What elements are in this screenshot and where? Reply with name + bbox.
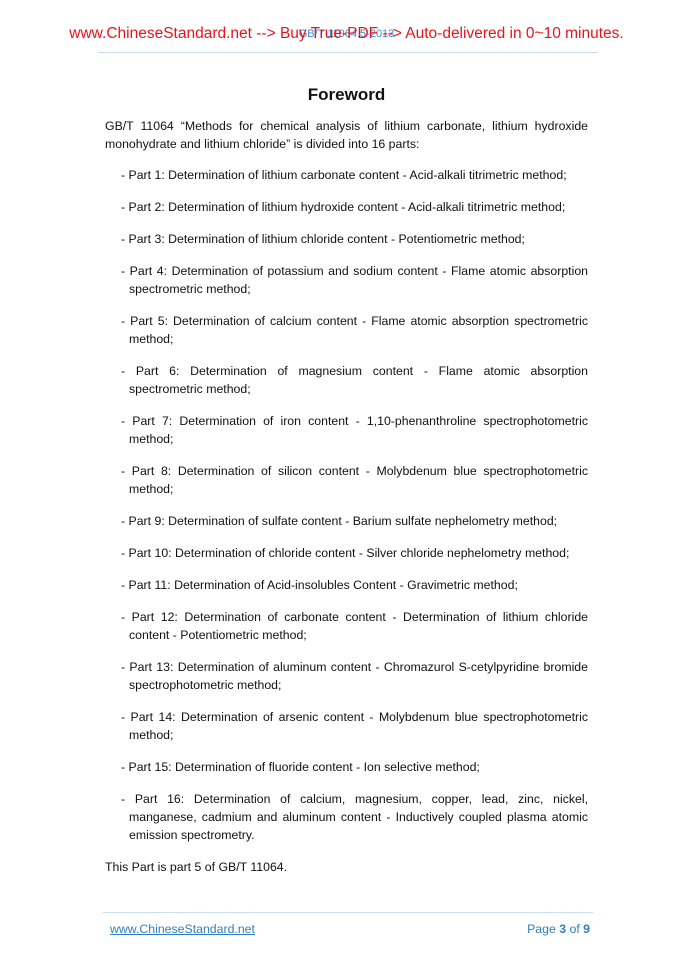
footer-website-link[interactable]: www.ChineseStandard.net: [110, 922, 255, 936]
header-divider: [98, 52, 598, 53]
document-body: GB/T 11064 “Methods for chemical analysi…: [105, 117, 588, 876]
closing-paragraph: This Part is part 5 of GB/T 11064.: [105, 858, 588, 876]
list-item: - Part 9: Determination of sulfate conte…: [121, 512, 588, 530]
buy-pdf-banner-link[interactable]: www.ChineseStandard.net --> Buy True-PDF…: [0, 25, 693, 43]
list-item: - Part 2: Determination of lithium hydro…: [121, 198, 588, 216]
list-item: - Part 16: Determination of calcium, mag…: [121, 790, 588, 844]
list-item: - Part 5: Determination of calcium conte…: [121, 312, 588, 348]
footer-divider: [103, 912, 593, 913]
list-item: - Part 10: Determination of chloride con…: [121, 544, 588, 562]
list-item: - Part 11: Determination of Acid-insolub…: [121, 576, 588, 594]
list-item: - Part 1: Determination of lithium carbo…: [121, 166, 588, 184]
parts-list: - Part 1: Determination of lithium carbo…: [105, 166, 588, 844]
list-item: - Part 8: Determination of silicon conte…: [121, 462, 588, 498]
page-separator: of: [566, 922, 583, 936]
list-item: - Part 15: Determination of fluoride con…: [121, 758, 588, 776]
list-item: - Part 3: Determination of lithium chlor…: [121, 230, 588, 248]
list-item: - Part 4: Determination of potassium and…: [121, 262, 588, 298]
page-indicator: Page 3 of 9: [527, 922, 590, 936]
page-total: 9: [583, 922, 590, 936]
page-prefix: Page: [527, 922, 559, 936]
page-title: Foreword: [0, 85, 693, 105]
list-item: - Part 12: Determination of carbonate co…: [121, 608, 588, 644]
intro-paragraph: GB/T 11064 “Methods for chemical analysi…: [105, 117, 588, 153]
list-item: - Part 13: Determination of aluminum con…: [121, 658, 588, 694]
list-item: - Part 6: Determination of magnesium con…: [121, 362, 588, 398]
list-item: - Part 7: Determination of iron content …: [121, 412, 588, 448]
list-item: - Part 14: Determination of arsenic cont…: [121, 708, 588, 744]
